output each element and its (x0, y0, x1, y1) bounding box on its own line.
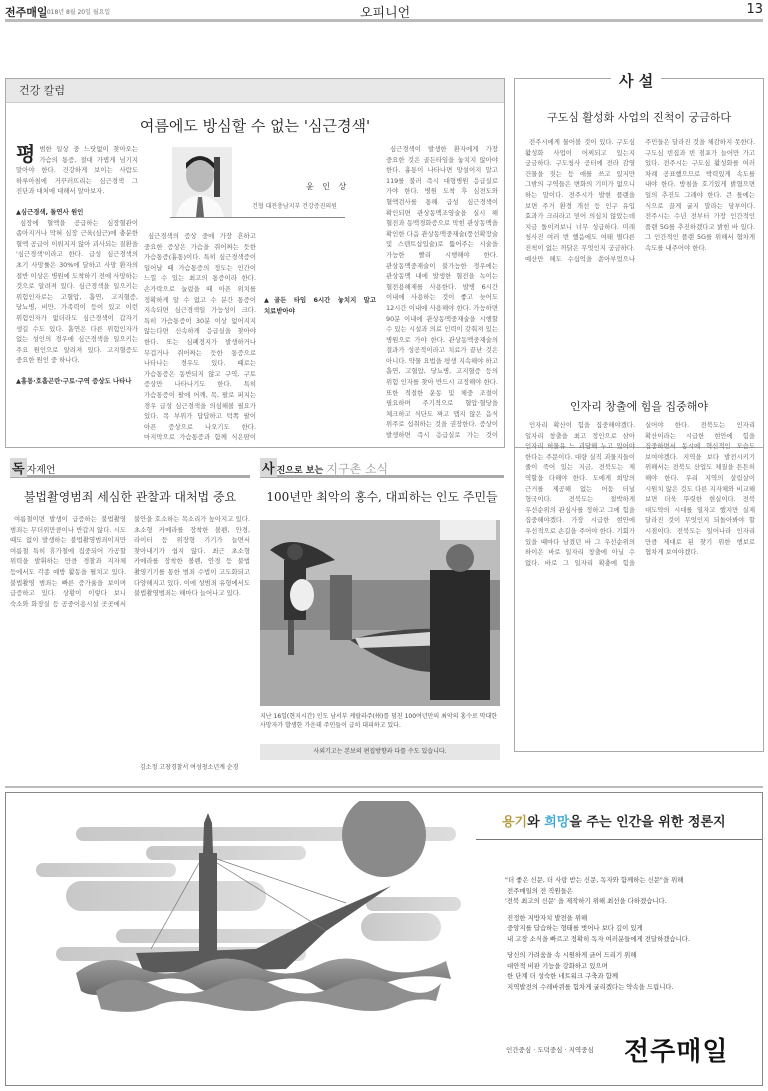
page-number: 13 (746, 2, 763, 17)
column-tab: 건강 칼럼 (6, 79, 504, 103)
header-rule (5, 19, 763, 22)
ad-body: "더 좋은 신문, 더 사랑 받는 신문, 독자와 함께하는 신문"을 위해 전… (505, 875, 765, 998)
reader-opinion-body: 여름철이면 발생이 급증하는 불법촬영 범죄는 무더위만큼이나 반갑지 않다. … (10, 514, 250, 762)
health-column: 건강 칼럼 여름에도 방심할 수 없는 '심근경색' 평범한 일상 중 느닷없이… (5, 78, 505, 448)
world-photo-title: 100년만 최악의 홍수, 대피하는 인도 주민들 (260, 488, 504, 505)
flood-photo (260, 520, 500, 706)
column-col-3: ▲골든 타임 6시간 놓치지 말고 치료받아야 (264, 231, 376, 441)
ship-illustration (26, 801, 476, 1021)
photo-caption: 지난 16일(현지시간) 인도 남서부 케랄라주(州)를 덮친 100여년만의 … (260, 712, 500, 730)
disclaimer-note: 사외기고는 본보의 편집방향과 다를 수도 있습니다. (260, 744, 500, 760)
reader-opinion-title: 불법촬영범죄 세심한 관찰과 대처법 중요 (10, 488, 250, 505)
newspaper-brand: 전주매일 (5, 4, 48, 20)
column-title: 여름에도 방심할 수 없는 '심근경색' (6, 115, 504, 136)
section-divider (5, 786, 763, 788)
world-photo-header: 사진으로 보는 지구촌 소식 (260, 458, 504, 478)
column-col-1: 평범한 일상 중 느닷없이 찾아오는 가슴의 통증, 절대 가볍게 넘기지 말아… (16, 144, 138, 439)
ad-slogan: 용기와 희망을 주는 인간을 위한 정론지 (502, 811, 726, 830)
ad-logo: 전주매일 (624, 1031, 728, 1068)
author-divider (170, 217, 345, 218)
column-col-4: 심근경색이 발생한 환자에게 가장 중요한 것은 골든타임을 놓치지 않아야 한… (386, 144, 498, 439)
editorial-label: 사 설 (611, 70, 661, 91)
dropcap: 평 (16, 144, 35, 164)
editorial-title-2: 인자리 창출에 힘을 집중해야 (515, 398, 763, 414)
author-role: 건협 대전충남지부 건강증진의원 (252, 201, 337, 210)
editorial-title-1: 구도심 활성화 사업의 진척이 궁금하다 (515, 109, 763, 125)
issue-date: 2018년 8월 20일 월요일 (43, 7, 110, 16)
editorial-body-2: 인자리 확산이 힘을 집중해야겠다. 일자리 창출을 최고 정인으로 삼아 인자… (525, 420, 755, 740)
column-col-2: 심근경색의 증상 중에 가장 흔하고 중요한 증상은 가슴을 쥐어짜는 듯한 가… (144, 231, 256, 441)
house-ad: 용기와 희망을 주는 인간을 위한 정론지 "더 좋은 신문, 더 사랑 받는 … (5, 792, 763, 1086)
reader-opinion-signature: 김소정 고창경찰서 여성청소년계 순경 (140, 762, 238, 771)
ad-motto: 인간중심 · 도덕중심 · 지역중심 (506, 1045, 594, 1054)
author-name: 윤 인 상 (306, 181, 349, 192)
reader-opinion-header: 독자제언 (10, 458, 250, 478)
author-photo (172, 147, 232, 217)
editorial-box-2: 인자리 창출에 힘을 집중해야 인자리 확산이 힘을 집중해야겠다. 일자리 창… (514, 390, 764, 752)
ad-rule (476, 839, 762, 840)
editorial-body-1: 전주시에게 물어볼 것이 있다. 구도심 활성화 사업이 어찌되고 있는지 궁금… (525, 137, 755, 387)
